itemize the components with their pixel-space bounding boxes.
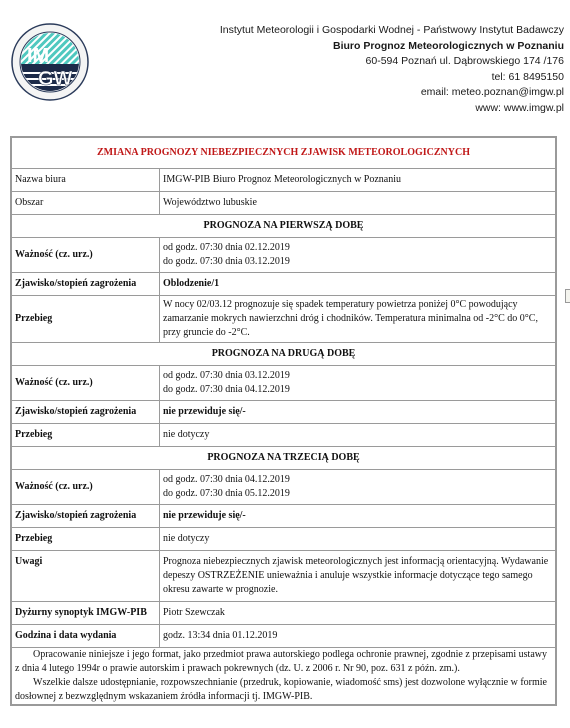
table-row: Obszar Województwo lubuskie	[12, 191, 555, 214]
table-row: Zjawisko/stopień zagrożenia Oblodzenie/1	[12, 272, 555, 295]
course-value: nie dotyczy	[159, 527, 555, 550]
imgw-logo-icon: IM GW	[10, 22, 90, 102]
table-row: Uwagi Prognoza niebezpiecznych zjawisk m…	[12, 550, 555, 601]
svg-text:GW: GW	[38, 68, 73, 90]
section-heading-day-3: PROGNOZA NA TRZECIĄ DOBĘ	[12, 446, 555, 469]
copyright-paragraph-2: Wszelkie dalsze udostępnianie, rozpowsze…	[15, 676, 552, 704]
office-value: IMGW-PIB Biuro Prognoz Meteorologicznych…	[159, 168, 555, 191]
document-title: ZMIANA PROGNOZY NIEBEZPIECZNYCH ZJAWISK …	[12, 138, 555, 168]
forecaster-value: Piotr Szewczak	[159, 601, 555, 624]
section-heading-day-2: PROGNOZA NA DRUGĄ DOBĘ	[12, 342, 555, 365]
institute-name: Instytut Meteorologii i Gospodarki Wodne…	[220, 23, 564, 39]
phone: tel: 61 8495150	[220, 70, 564, 86]
table-row: Przebieg W nocy 02/03.12 prognozuje się …	[12, 295, 555, 342]
validity-from: od godz. 07:30 dnia 04.12.2019	[163, 473, 552, 487]
svg-text:IM: IM	[27, 45, 49, 67]
copyright-paragraph-1: Opracowanie niniejsze i jego format, jak…	[15, 648, 552, 676]
forecast-table: ZMIANA PROGNOZY NIEBEZPIECZNYCH ZJAWISK …	[10, 136, 557, 706]
validity-from: od godz. 07:30 dnia 03.12.2019	[163, 369, 552, 383]
validity-value: od godz. 07:30 dnia 03.12.2019 do godz. …	[159, 365, 555, 400]
email-link[interactable]: email: meteo.poznan@imgw.pl	[220, 85, 564, 101]
table-row: Ważność (cz. urz.) od godz. 07:30 dnia 0…	[12, 469, 555, 504]
office-label: Nazwa biura	[12, 168, 159, 191]
course-label: Przebieg	[12, 527, 159, 550]
validity-label: Ważność (cz. urz.)	[12, 469, 159, 504]
remarks-value: Prognoza niebezpiecznych zjawisk meteoro…	[159, 550, 555, 601]
course-value: nie dotyczy	[159, 423, 555, 446]
validity-from: od godz. 07:30 dnia 02.12.2019	[163, 241, 552, 255]
issued-label: Godzina i data wydania	[12, 624, 159, 647]
phenomenon-label: Zjawisko/stopień zagrożenia	[12, 504, 159, 527]
validity-to: do godz. 07:30 dnia 05.12.2019	[163, 487, 552, 501]
validity-to: do godz. 07:30 dnia 04.12.2019	[163, 383, 552, 397]
area-value: Województwo lubuskie	[159, 191, 555, 214]
institute-info: Instytut Meteorologii i Gospodarki Wodne…	[220, 23, 564, 116]
page-edge-marker	[565, 289, 570, 303]
table-row: Godzina i data wydania godz. 13:34 dnia …	[12, 624, 555, 647]
website-link[interactable]: www: www.imgw.pl	[220, 101, 564, 117]
section-heading-day-1: PROGNOZA NA PIERWSZĄ DOBĘ	[12, 214, 555, 237]
table-row: Przebieg nie dotyczy	[12, 527, 555, 550]
table-row: Zjawisko/stopień zagrożenia nie przewidu…	[12, 504, 555, 527]
copyright-notice: Opracowanie niniejsze i jego format, jak…	[12, 647, 555, 704]
address: 60-594 Poznań ul. Dąbrowskiego 174 /176	[220, 54, 564, 70]
phenomenon-label: Zjawisko/stopień zagrożenia	[12, 272, 159, 295]
table-row: Dyżurny synoptyk IMGW-PIB Piotr Szewczak	[12, 601, 555, 624]
table-row: Ważność (cz. urz.) od godz. 07:30 dnia 0…	[12, 237, 555, 272]
office-name: Biuro Prognoz Meteorologicznych w Poznan…	[220, 39, 564, 55]
remarks-label: Uwagi	[12, 550, 159, 601]
validity-value: od godz. 07:30 dnia 02.12.2019 do godz. …	[159, 237, 555, 272]
letterhead: IM GW Instytut Meteorologii i Gospodarki…	[0, 0, 570, 120]
forecaster-label: Dyżurny synoptyk IMGW-PIB	[12, 601, 159, 624]
table-row: Przebieg nie dotyczy	[12, 423, 555, 446]
table-row: Zjawisko/stopień zagrożenia nie przewidu…	[12, 400, 555, 423]
validity-value: od godz. 07:30 dnia 04.12.2019 do godz. …	[159, 469, 555, 504]
validity-label: Ważność (cz. urz.)	[12, 365, 159, 400]
validity-label: Ważność (cz. urz.)	[12, 237, 159, 272]
course-value: W nocy 02/03.12 prognozuje się spadek te…	[159, 295, 555, 342]
phenomenon-label: Zjawisko/stopień zagrożenia	[12, 400, 159, 423]
validity-to: do godz. 07:30 dnia 03.12.2019	[163, 255, 552, 269]
table-row: Ważność (cz. urz.) od godz. 07:30 dnia 0…	[12, 365, 555, 400]
table-row: Nazwa biura IMGW-PIB Biuro Prognoz Meteo…	[12, 168, 555, 191]
course-label: Przebieg	[12, 423, 159, 446]
phenomenon-value: Oblodzenie/1	[159, 272, 555, 295]
area-label: Obszar	[12, 191, 159, 214]
phenomenon-value: nie przewiduje się/-	[159, 504, 555, 527]
course-label: Przebieg	[12, 295, 159, 342]
phenomenon-value: nie przewiduje się/-	[159, 400, 555, 423]
issued-value: godz. 13:34 dnia 01.12.2019	[159, 624, 555, 647]
